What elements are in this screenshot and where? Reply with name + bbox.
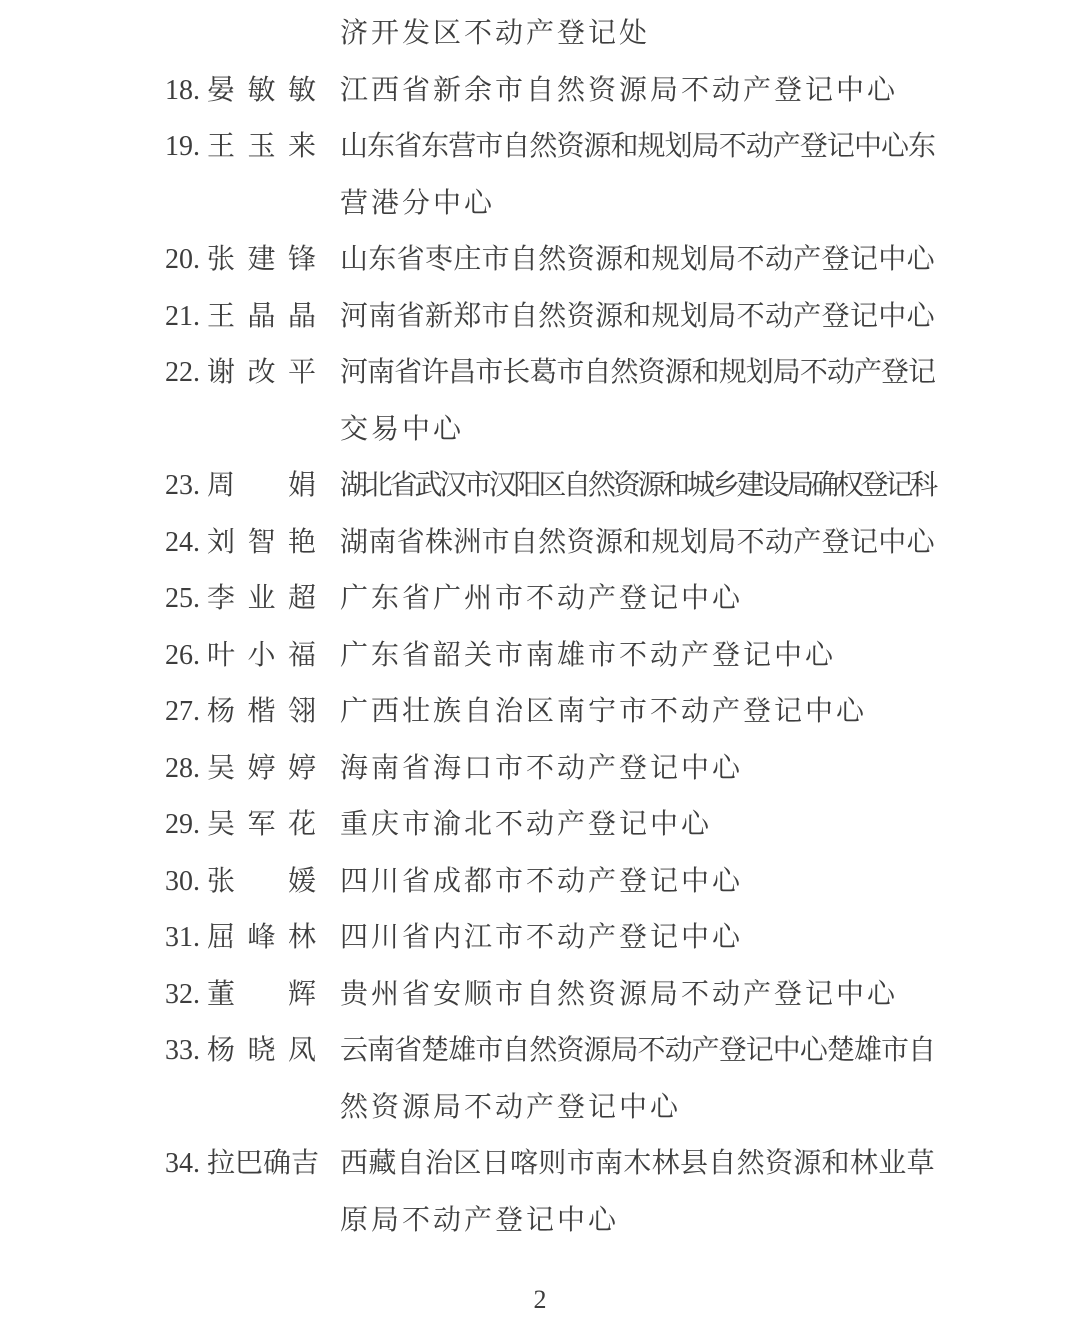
document-page: 济开发区不动产登记处 18. 晏敏敏 江西省新余市自然资源局不动产登记中心 19… <box>0 0 1080 1332</box>
entry-row: 32. 董 辉 贵州省安顺市自然资源局不动产登记中心 <box>0 967 1080 1024</box>
entry-organization: 贵州省安顺市自然资源局不动产登记中心 <box>340 967 1080 1024</box>
entry-number: 19. <box>165 119 207 176</box>
entry-left-cell: 25. 李业超 <box>165 571 340 628</box>
entry-org-line: 山东省东营市自然资源和规划局不动产登记中心东 <box>340 119 1080 176</box>
entry-name: 吴婷婷 <box>207 741 316 798</box>
entry-org-line: 海南省海口市不动产登记中心 <box>340 741 1080 798</box>
entry-number: 31. <box>165 910 207 967</box>
entry-org-line: 河南省新郑市自然资源和规划局不动产登记中心 <box>340 289 1080 346</box>
entry-name: 谢改平 <box>207 345 316 402</box>
entry-row: 33. 杨晓凤 云南省楚雄市自然资源局不动产登记中心楚雄市自然资源局不动产登记中… <box>0 1023 1080 1136</box>
entry-org-line: 广东省韶关市南雄市不动产登记中心 <box>340 628 1080 685</box>
entry-org-line: 原局不动产登记中心 <box>340 1193 1080 1250</box>
entry-number: 20. <box>165 232 207 289</box>
entry-name: 屈峰林 <box>207 910 316 967</box>
entry-organization: 云南省楚雄市自然资源局不动产登记中心楚雄市自然资源局不动产登记中心 <box>340 1023 1080 1136</box>
entry-left-cell: 26. 叶小福 <box>165 628 340 685</box>
entry-name: 张建锋 <box>207 232 316 289</box>
entry-organization: 四川省成都市不动产登记中心 <box>340 854 1080 911</box>
entry-number: 25. <box>165 571 207 628</box>
entry-organization: 广东省广州市不动产登记中心 <box>340 571 1080 628</box>
entry-left-cell: 19. 王玉来 <box>165 119 340 176</box>
entry-org-line: 湖南省株洲市自然资源和规划局不动产登记中心 <box>340 515 1080 572</box>
entry-number: 34. <box>165 1136 207 1193</box>
entry-name: 叶小福 <box>207 628 316 685</box>
entry-name: 晏敏敏 <box>207 63 316 120</box>
entry-number: 33. <box>165 1023 207 1080</box>
entry-number: 27. <box>165 684 207 741</box>
entry-org-line: 然资源局不动产登记中心 <box>340 1080 1080 1137</box>
entry-number: 32. <box>165 967 207 1024</box>
entry-org-line: 湖北省武汉市汉阳区自然资源和城乡建设局确权登记科 <box>340 458 1080 515</box>
entry-number: 30. <box>165 854 207 911</box>
entry-name: 董 辉 <box>207 967 316 1024</box>
entry-left-cell: 34. 拉巴确吉 <box>165 1136 340 1193</box>
entry-row: 29. 吴军花 重庆市渝北不动产登记中心 <box>0 797 1080 854</box>
entry-org-line: 交易中心 <box>340 402 1080 459</box>
entry-left-cell: 28. 吴婷婷 <box>165 741 340 798</box>
entry-org-line: 贵州省安顺市自然资源局不动产登记中心 <box>340 967 1080 1024</box>
entry-left-cell: 33. 杨晓凤 <box>165 1023 340 1080</box>
entry-organization: 广西壮族自治区南宁市不动产登记中心 <box>340 684 1080 741</box>
entry-number: 18. <box>165 63 207 120</box>
continuation-line: 济开发区不动产登记处 <box>0 6 1080 63</box>
entry-row: 27. 杨楷翎 广西壮族自治区南宁市不动产登记中心 <box>0 684 1080 741</box>
entry-row: 24. 刘智艳 湖南省株洲市自然资源和规划局不动产登记中心 <box>0 515 1080 572</box>
entry-number: 28. <box>165 741 207 798</box>
entry-number: 21. <box>165 289 207 346</box>
entry-organization: 江西省新余市自然资源局不动产登记中心 <box>340 63 1080 120</box>
entry-number: 24. <box>165 515 207 572</box>
entry-org-line: 广西壮族自治区南宁市不动产登记中心 <box>340 684 1080 741</box>
entry-left-cell: 20. 张建锋 <box>165 232 340 289</box>
entry-organization: 广东省韶关市南雄市不动产登记中心 <box>340 628 1080 685</box>
entry-row: 25. 李业超 广东省广州市不动产登记中心 <box>0 571 1080 628</box>
entry-organization: 四川省内江市不动产登记中心 <box>340 910 1080 967</box>
entry-row: 20. 张建锋 山东省枣庄市自然资源和规划局不动产登记中心 <box>0 232 1080 289</box>
entry-org-line: 四川省成都市不动产登记中心 <box>340 854 1080 911</box>
entry-name: 李业超 <box>207 571 316 628</box>
entry-name: 杨晓凤 <box>207 1023 316 1080</box>
entry-org-line: 山东省枣庄市自然资源和规划局不动产登记中心 <box>340 232 1080 289</box>
entry-left-cell: 29. 吴军花 <box>165 797 340 854</box>
entry-organization: 河南省新郑市自然资源和规划局不动产登记中心 <box>340 289 1080 346</box>
entry-name: 王晶晶 <box>207 289 316 346</box>
entry-org-line: 西藏自治区日喀则市南木林县自然资源和林业草 <box>340 1136 1080 1193</box>
entry-organization: 湖南省株洲市自然资源和规划局不动产登记中心 <box>340 515 1080 572</box>
entry-org-line: 广东省广州市不动产登记中心 <box>340 571 1080 628</box>
entry-org-line: 重庆市渝北不动产登记中心 <box>340 797 1080 854</box>
entry-organization: 重庆市渝北不动产登记中心 <box>340 797 1080 854</box>
entry-org-line: 营港分中心 <box>340 176 1080 233</box>
entry-organization: 湖北省武汉市汉阳区自然资源和城乡建设局确权登记科 <box>340 458 1080 515</box>
entry-left-cell: 32. 董 辉 <box>165 967 340 1024</box>
entry-row: 21. 王晶晶 河南省新郑市自然资源和规划局不动产登记中心 <box>0 289 1080 346</box>
entry-organization: 河南省许昌市长葛市自然资源和规划局不动产登记交易中心 <box>340 345 1080 458</box>
entry-org-line: 云南省楚雄市自然资源局不动产登记中心楚雄市自 <box>340 1023 1080 1080</box>
entry-org-line: 河南省许昌市长葛市自然资源和规划局不动产登记 <box>340 345 1080 402</box>
entry-left-cell: 27. 杨楷翎 <box>165 684 340 741</box>
entry-name: 周 娟 <box>207 458 316 515</box>
entry-org-line: 江西省新余市自然资源局不动产登记中心 <box>340 63 1080 120</box>
entry-row: 19. 王玉来 山东省东营市自然资源和规划局不动产登记中心东营港分中心 <box>0 119 1080 232</box>
entry-number: 26. <box>165 628 207 685</box>
entry-left-cell: 18. 晏敏敏 <box>165 63 340 120</box>
entry-left-cell: 23. 周 娟 <box>165 458 340 515</box>
entry-row: 23. 周 娟 湖北省武汉市汉阳区自然资源和城乡建设局确权登记科 <box>0 458 1080 515</box>
entry-left-cell: 22. 谢改平 <box>165 345 340 402</box>
entry-row: 30. 张 媛 四川省成都市不动产登记中心 <box>0 854 1080 911</box>
entry-name: 刘智艳 <box>207 515 316 572</box>
entry-organization: 山东省枣庄市自然资源和规划局不动产登记中心 <box>340 232 1080 289</box>
entry-name: 拉巴确吉 <box>207 1136 319 1193</box>
entry-left-cell: 24. 刘智艳 <box>165 515 340 572</box>
entry-left-cell: 21. 王晶晶 <box>165 289 340 346</box>
entry-organization: 海南省海口市不动产登记中心 <box>340 741 1080 798</box>
entry-organization: 西藏自治区日喀则市南木林县自然资源和林业草原局不动产登记中心 <box>340 1136 1080 1249</box>
entry-row: 26. 叶小福 广东省韶关市南雄市不动产登记中心 <box>0 628 1080 685</box>
entry-number: 23. <box>165 458 207 515</box>
entry-left-cell: 31. 屈峰林 <box>165 910 340 967</box>
entry-row: 18. 晏敏敏 江西省新余市自然资源局不动产登记中心 <box>0 63 1080 120</box>
entry-row: 28. 吴婷婷 海南省海口市不动产登记中心 <box>0 741 1080 798</box>
entry-row: 22. 谢改平 河南省许昌市长葛市自然资源和规划局不动产登记交易中心 <box>0 345 1080 458</box>
entry-list: 18. 晏敏敏 江西省新余市自然资源局不动产登记中心 19. 王玉来 山东省东营… <box>0 63 1080 1250</box>
entry-name: 吴军花 <box>207 797 316 854</box>
entry-org-line: 四川省内江市不动产登记中心 <box>340 910 1080 967</box>
entry-left-cell: 30. 张 媛 <box>165 854 340 911</box>
page-number: 2 <box>0 1286 1080 1314</box>
entry-number: 22. <box>165 345 207 402</box>
entry-row: 34. 拉巴确吉 西藏自治区日喀则市南木林县自然资源和林业草原局不动产登记中心 <box>0 1136 1080 1249</box>
entry-number: 29. <box>165 797 207 854</box>
entry-row: 31. 屈峰林 四川省内江市不动产登记中心 <box>0 910 1080 967</box>
entry-name: 张 媛 <box>207 854 316 911</box>
entry-name: 王玉来 <box>207 119 316 176</box>
entry-organization: 山东省东营市自然资源和规划局不动产登记中心东营港分中心 <box>340 119 1080 232</box>
entry-name: 杨楷翎 <box>207 684 316 741</box>
